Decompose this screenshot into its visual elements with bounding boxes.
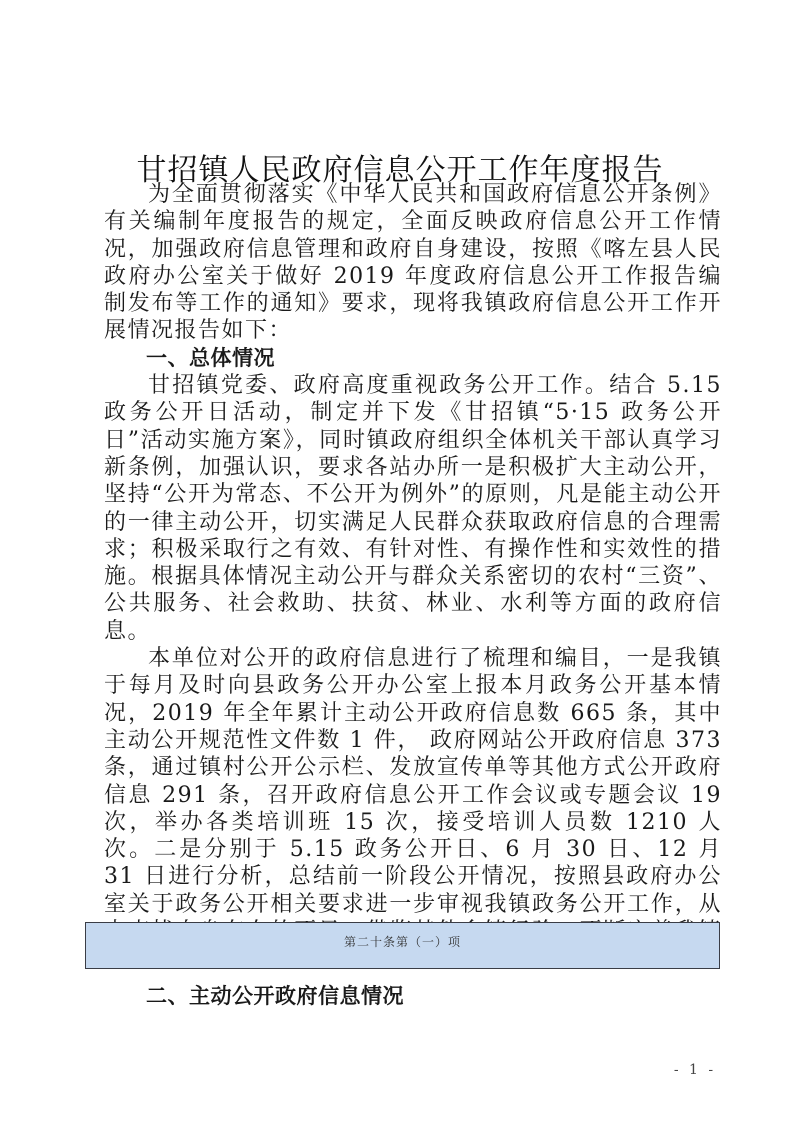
table-header-cell: 第二十条第（一）项	[86, 923, 719, 950]
document-body: 为全面贯彻落实《中华人民共和国政府信息公开条例》有关编制年度报告的规定，全面反映…	[104, 181, 722, 1010]
section-heading-overview: 一、总体情况	[104, 345, 722, 372]
overview-paragraph-1: 甘招镇党委、政府高度重视政务公开工作。结合 5.15 政务公开日活动，制定并下发…	[104, 372, 722, 645]
section-heading-proactive-disclosure: 二、主动公开政府信息情况	[104, 983, 722, 1010]
disclosure-table: 第二十条第（一）项	[85, 922, 720, 969]
page-number: - 1 -	[660, 1062, 730, 1078]
intro-paragraph: 为全面贯彻落实《中华人民共和国政府信息公开条例》有关编制年度报告的规定，全面反映…	[104, 181, 722, 345]
